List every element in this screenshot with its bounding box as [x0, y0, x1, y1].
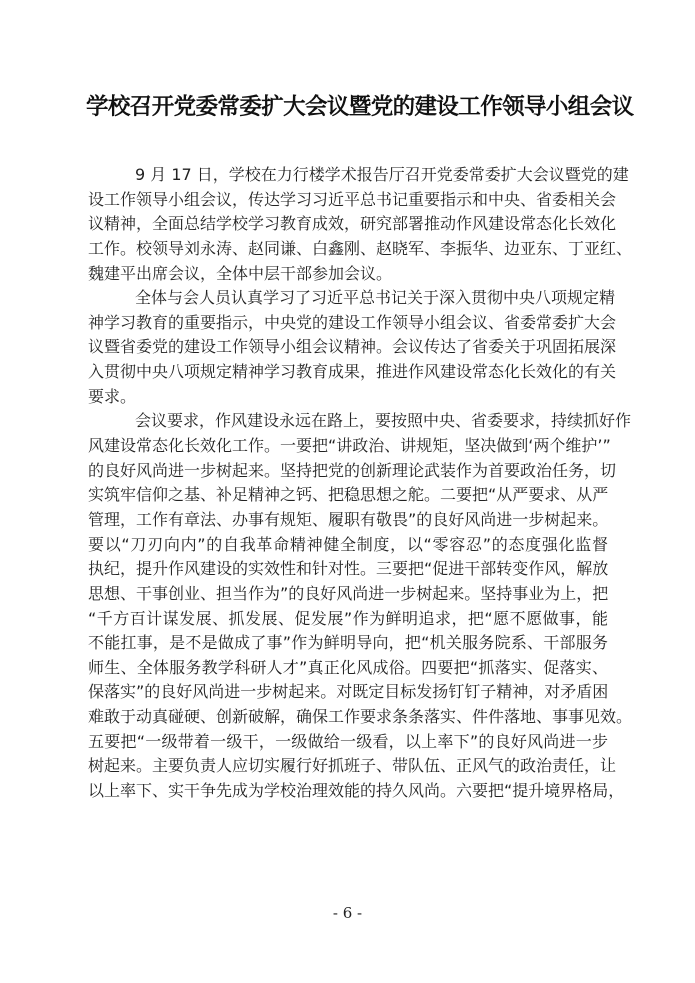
text-line: 议暨省委党的建设工作领导小组会议精神。会议传达了省委关于巩固拓展深 — [88, 335, 608, 360]
text-line: 师生、全体服务教学科研人才”真正化风成俗。四要把“抓落实、促落实、 — [88, 656, 608, 681]
paragraph-2: 全体与会人员认真学习了习近平总书记关于深入贯彻中央八项规定精 神学习教育的重要指… — [88, 286, 608, 409]
text-line: 思想、干事创业、担当作为”的良好风尚进一步树起来。坚持事业为上，把 — [88, 582, 608, 607]
text-line: 风建设常态化长效化工作。一要把“讲政治、讲规矩，坚决做到‘两个维护’” — [88, 434, 608, 459]
text-line: 实筑牢信仰之基、补足精神之钙、把稳思想之舵。二要把“从严要求、从严 — [88, 483, 608, 508]
paragraph-1: 9 月 17 日，学校在力行楼学术报告厅召开党委常委扩大会议暨党的建 设工作领导… — [88, 163, 608, 286]
text-line: 9 月 17 日，学校在力行楼学术报告厅召开党委常委扩大会议暨党的建 — [88, 163, 608, 188]
text-line: 不能扛事，是不是做成了事”作为鲜明导向，把“机关服务院系、干部服务 — [88, 631, 608, 656]
text-line: 要求。 — [88, 385, 608, 410]
page-number: - 6 - — [0, 904, 695, 922]
text-line: 执纪，提升作风建设的实效性和针对性。三要把“促进干部转变作风，解放 — [88, 557, 608, 582]
text-line: 五要把“一级带着一级干，一级做给一级看，以上率下”的良好风尚进一步 — [88, 730, 608, 755]
text-line: 议精神，全面总结学校学习教育成效，研究部署推动作风建设常态化长效化 — [88, 212, 608, 237]
text-line: 保落实”的良好风尚进一步树起来。对既定目标发扬钉钉子精神，对矛盾困 — [88, 680, 608, 705]
document-page: 学校召开党委常委扩大会议暨党的建设工作领导小组会议 9 月 17 日，学校在力行… — [0, 0, 695, 983]
paragraph-3: 会议要求，作风建设永远在路上，要按照中央、省委要求，持续抓好作 风建设常态化长效… — [88, 409, 608, 803]
text-line: 要以“刀刃向内”的自我革命精神健全制度，以“零容忍”的态度强化监督 — [88, 533, 608, 558]
text-line: “千方百计谋发展、抓发展、促发展”作为鲜明追求，把“愿不愿做事，能 — [88, 607, 608, 632]
document-title: 学校召开党委常委扩大会议暨党的建设工作领导小组会议 — [86, 92, 612, 122]
text-line: 以上率下、实干争先成为学校治理效能的持久风尚。六要把“提升境界格局， — [88, 779, 608, 804]
text-line: 管理，工作有章法、办事有规矩、履职有敬畏”的良好风尚进一步树起来。 — [88, 508, 608, 533]
text-line: 魏建平出席会议，全体中层干部参加会议。 — [88, 262, 608, 287]
text-line: 的良好风尚进一步树起来。坚持把党的创新理论武装作为首要政治任务，切 — [88, 459, 608, 484]
text-line: 设工作领导小组会议，传达学习习近平总书记重要指示和中央、省委相关会 — [88, 188, 608, 213]
text-line: 难敢于动真碰硬、创新破解，确保工作要求条条落实、件件落地、事事见效。 — [88, 705, 608, 730]
text-line: 全体与会人员认真学习了习近平总书记关于深入贯彻中央八项规定精 — [88, 286, 608, 311]
text-line: 工作。校领导刘永涛、赵同谦、白鑫刚、赵晓军、李振华、边亚东、丁亚红、 — [88, 237, 608, 262]
text-line: 树起来。主要负责人应切实履行好抓班子、带队伍、正风气的政治责任，让 — [88, 754, 608, 779]
document-body: 9 月 17 日，学校在力行楼学术报告厅召开党委常委扩大会议暨党的建 设工作领导… — [88, 163, 608, 804]
text-line: 会议要求，作风建设永远在路上，要按照中央、省委要求，持续抓好作 — [88, 409, 608, 434]
text-line: 神学习教育的重要指示，中央党的建设工作领导小组会议、省委常委扩大会 — [88, 311, 608, 336]
text-line: 入贯彻中央八项规定精神学习教育成果，推进作风建设常态化长效化的有关 — [88, 360, 608, 385]
